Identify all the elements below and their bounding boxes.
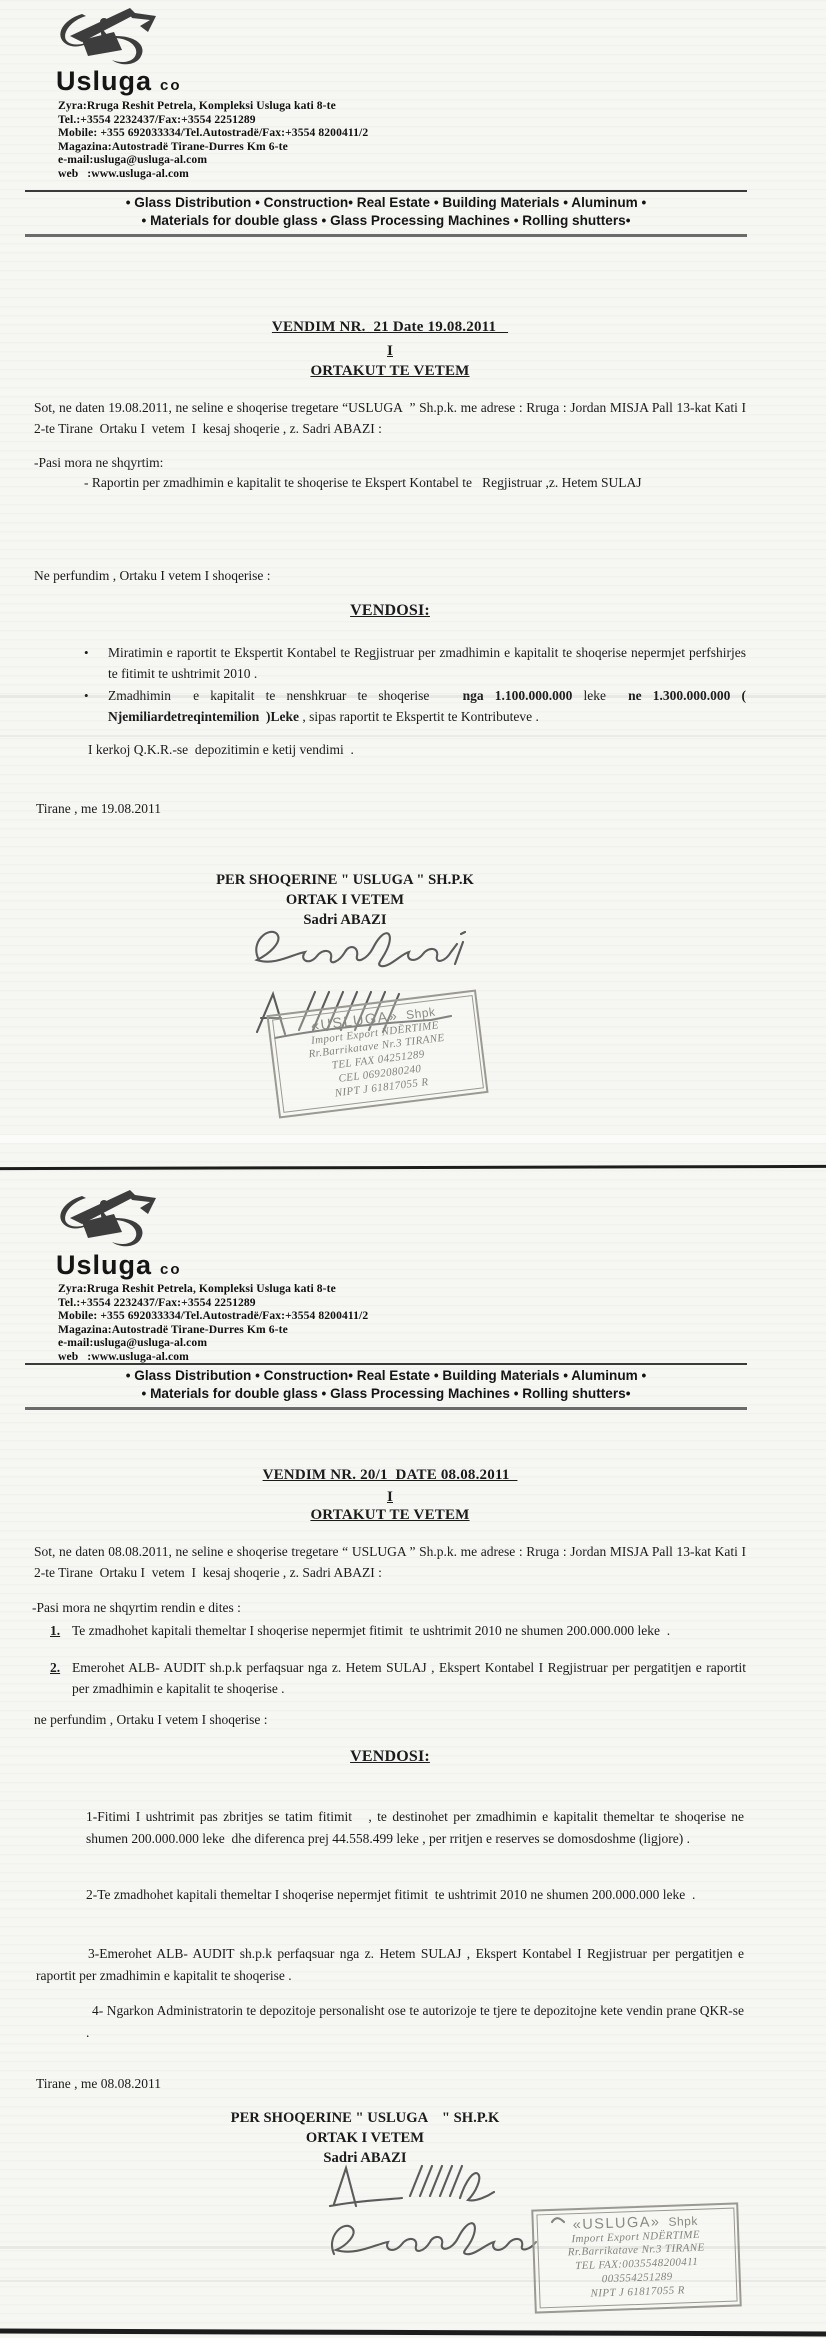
place-date: Tirane , me 08.08.2011 (36, 2074, 161, 2095)
scan-artifact (0, 735, 826, 737)
decision-subtitle: ORTAKUT TE VETEM (0, 1506, 780, 1524)
decision-subtitle: ORTAKUT TE VETEM (0, 362, 780, 380)
decision-bullet-1: Miratimin e raportit te Ekspertit Kontab… (84, 643, 746, 684)
decision-title: VENDIM NR. 21 Date 19.08.2011 (0, 318, 780, 336)
agenda-item-1: 1. Te zmadhohet kapitali themeltar I sho… (50, 1620, 746, 1641)
decision-paragraph-3: 3-Emerohet ALB- AUDIT sh.p.k perfaqsuar … (36, 1943, 744, 1987)
banner-line-1: • Glass Distribution • Construction• Rea… (25, 1367, 747, 1385)
address-line: Mobile: +355 692033334/Tel.Autostradë/Fa… (58, 1309, 368, 1323)
sign-role-line: ORTAK I VETEM (130, 2128, 600, 2148)
logo-text: Usluga (56, 1250, 152, 1280)
bullet-icon (84, 644, 89, 662)
item-number: 2. (50, 1657, 72, 1699)
sign-company-line: PER SHOQERINE " USLUGA " SH.P.K (110, 870, 580, 890)
address-line: web :www.usluga-al.com (58, 167, 368, 181)
bullet-icon (84, 687, 89, 705)
company-logotype: Uslugaco (56, 1250, 182, 1281)
usluga-logo-icon (52, 6, 170, 72)
review-label: -Pasi mora ne shqyrtim: (34, 453, 746, 474)
item-number: 1. (50, 1620, 72, 1641)
address-line: Magazina:Autostradë Tirane-Durres Km 6-t… (58, 140, 368, 154)
review-item: - Raportin per zmadhimin e kapitalit te … (84, 473, 744, 494)
address-line: e-mail:usluga@usluga-al.com (58, 153, 368, 167)
place-date: Tirane , me 19.08.2011 (36, 799, 161, 820)
agenda-item-2: 2. Emerohet ALB- AUDIT sh.p.k perfaqsuar… (50, 1657, 746, 1699)
conclusion-line: Ne perfundim , Ortaku I vetem I shoqeris… (34, 566, 746, 587)
vendosi-heading: VENDOSI: (0, 602, 780, 620)
decision-bullet-2: Zmadhimin e kapitalit te nenshkruar te s… (84, 686, 746, 727)
decision-subtitle-i: I (0, 1488, 780, 1506)
address-line: Zyra:Rruga Reshit Petrela, Kompleksi Usl… (58, 1282, 368, 1296)
usluga-logo-icon (52, 1188, 170, 1254)
decision-paragraph-1: 1-Fitimi I ushtrimit pas zbritjes se tat… (86, 1806, 744, 1850)
address-line: web :www.usluga-al.com (58, 1350, 368, 1364)
logo-text: Usluga (56, 66, 152, 96)
sign-company-line: PER SHOQERINE " USLUGA " SH.P.K (130, 2108, 600, 2128)
logo-suffix: co (160, 77, 182, 94)
address-line: Zyra:Rruga Reshit Petrela, Kompleksi Usl… (58, 99, 368, 113)
qkr-deposit-line: I kerkoj Q.K.R.-se depozitimin e ketij v… (88, 740, 738, 761)
address-line: e-mail:usluga@usluga-al.com (58, 1336, 368, 1350)
decision-paragraph-2: 2-Te zmadhohet kapitali themeltar I shoq… (86, 1884, 744, 1906)
bullet-text: Zmadhimin e kapitalit te nenshkruar te s… (108, 686, 746, 727)
company-address-block: Zyra:Rruga Reshit Petrela, Kompleksi Usl… (58, 99, 368, 181)
address-line: Mobile: +355 692033334/Tel.Autostradë/Fa… (58, 126, 368, 140)
logo-suffix: co (160, 1261, 182, 1278)
bullet-text: Miratimin e raportit te Ekspertit Kontab… (108, 643, 746, 684)
item-text: Te zmadhohet kapitali themeltar I shoqer… (72, 1620, 746, 1641)
address-line: Tel.:+3554 2232437/Fax:+3554 2251289 (58, 113, 368, 127)
decision-paragraph-4: 4- Ngarkon Administratorin te depozitoje… (86, 2000, 744, 2044)
item-text: Emerohet ALB- AUDIT sh.p.k perfaqsuar ng… (72, 1657, 746, 1699)
page-2: Uslugaco Zyra:Rruga Reshit Petrela, Komp… (0, 1170, 826, 2338)
company-stamp: «USLUGA»Shpk Import Export NDËRTIME Rr.B… (531, 2202, 742, 2313)
decision-title: VENDIM NR. 20/1 DATE 08.08.2011 (0, 1466, 780, 1484)
vendosi-heading: VENDOSI: (0, 1748, 780, 1766)
sign-role-line: ORTAK I VETEM (110, 890, 580, 910)
agenda-label: -Pasi mora ne shqyrtim rendin e dites : (32, 1598, 744, 1619)
scan-artifact (0, 1135, 826, 1143)
intro-paragraph: Sot, ne daten 08.08.2011, ne seline e sh… (34, 1542, 746, 1583)
scanned-document: Uslugaco Zyra:Rruga Reshit Petrela, Komp… (0, 0, 826, 2338)
intro-paragraph: Sot, ne daten 19.08.2011, ne seline e sh… (34, 398, 746, 439)
banner-line-2: • Materials for double glass • Glass Pro… (25, 1385, 747, 1403)
banner-line-1: • Glass Distribution • Construction• Rea… (25, 194, 747, 212)
services-banner: • Glass Distribution • Construction• Rea… (25, 190, 747, 237)
conclusion-line: ne perfundim , Ortaku I vetem I shoqeris… (34, 1710, 746, 1731)
address-line: Magazina:Autostradë Tirane-Durres Km 6-t… (58, 1323, 368, 1337)
company-address-block: Zyra:Rruga Reshit Petrela, Kompleksi Usl… (58, 1282, 368, 1364)
decision-subtitle-i: I (0, 342, 780, 360)
banner-line-2: • Materials for double glass • Glass Pro… (25, 212, 747, 230)
services-banner: • Glass Distribution • Construction• Rea… (25, 1363, 747, 1410)
page-1: Uslugaco Zyra:Rruga Reshit Petrela, Komp… (0, 0, 826, 1168)
address-line: Tel.:+3554 2232437/Fax:+3554 2251289 (58, 1296, 368, 1310)
company-logotype: Uslugaco (56, 66, 182, 97)
